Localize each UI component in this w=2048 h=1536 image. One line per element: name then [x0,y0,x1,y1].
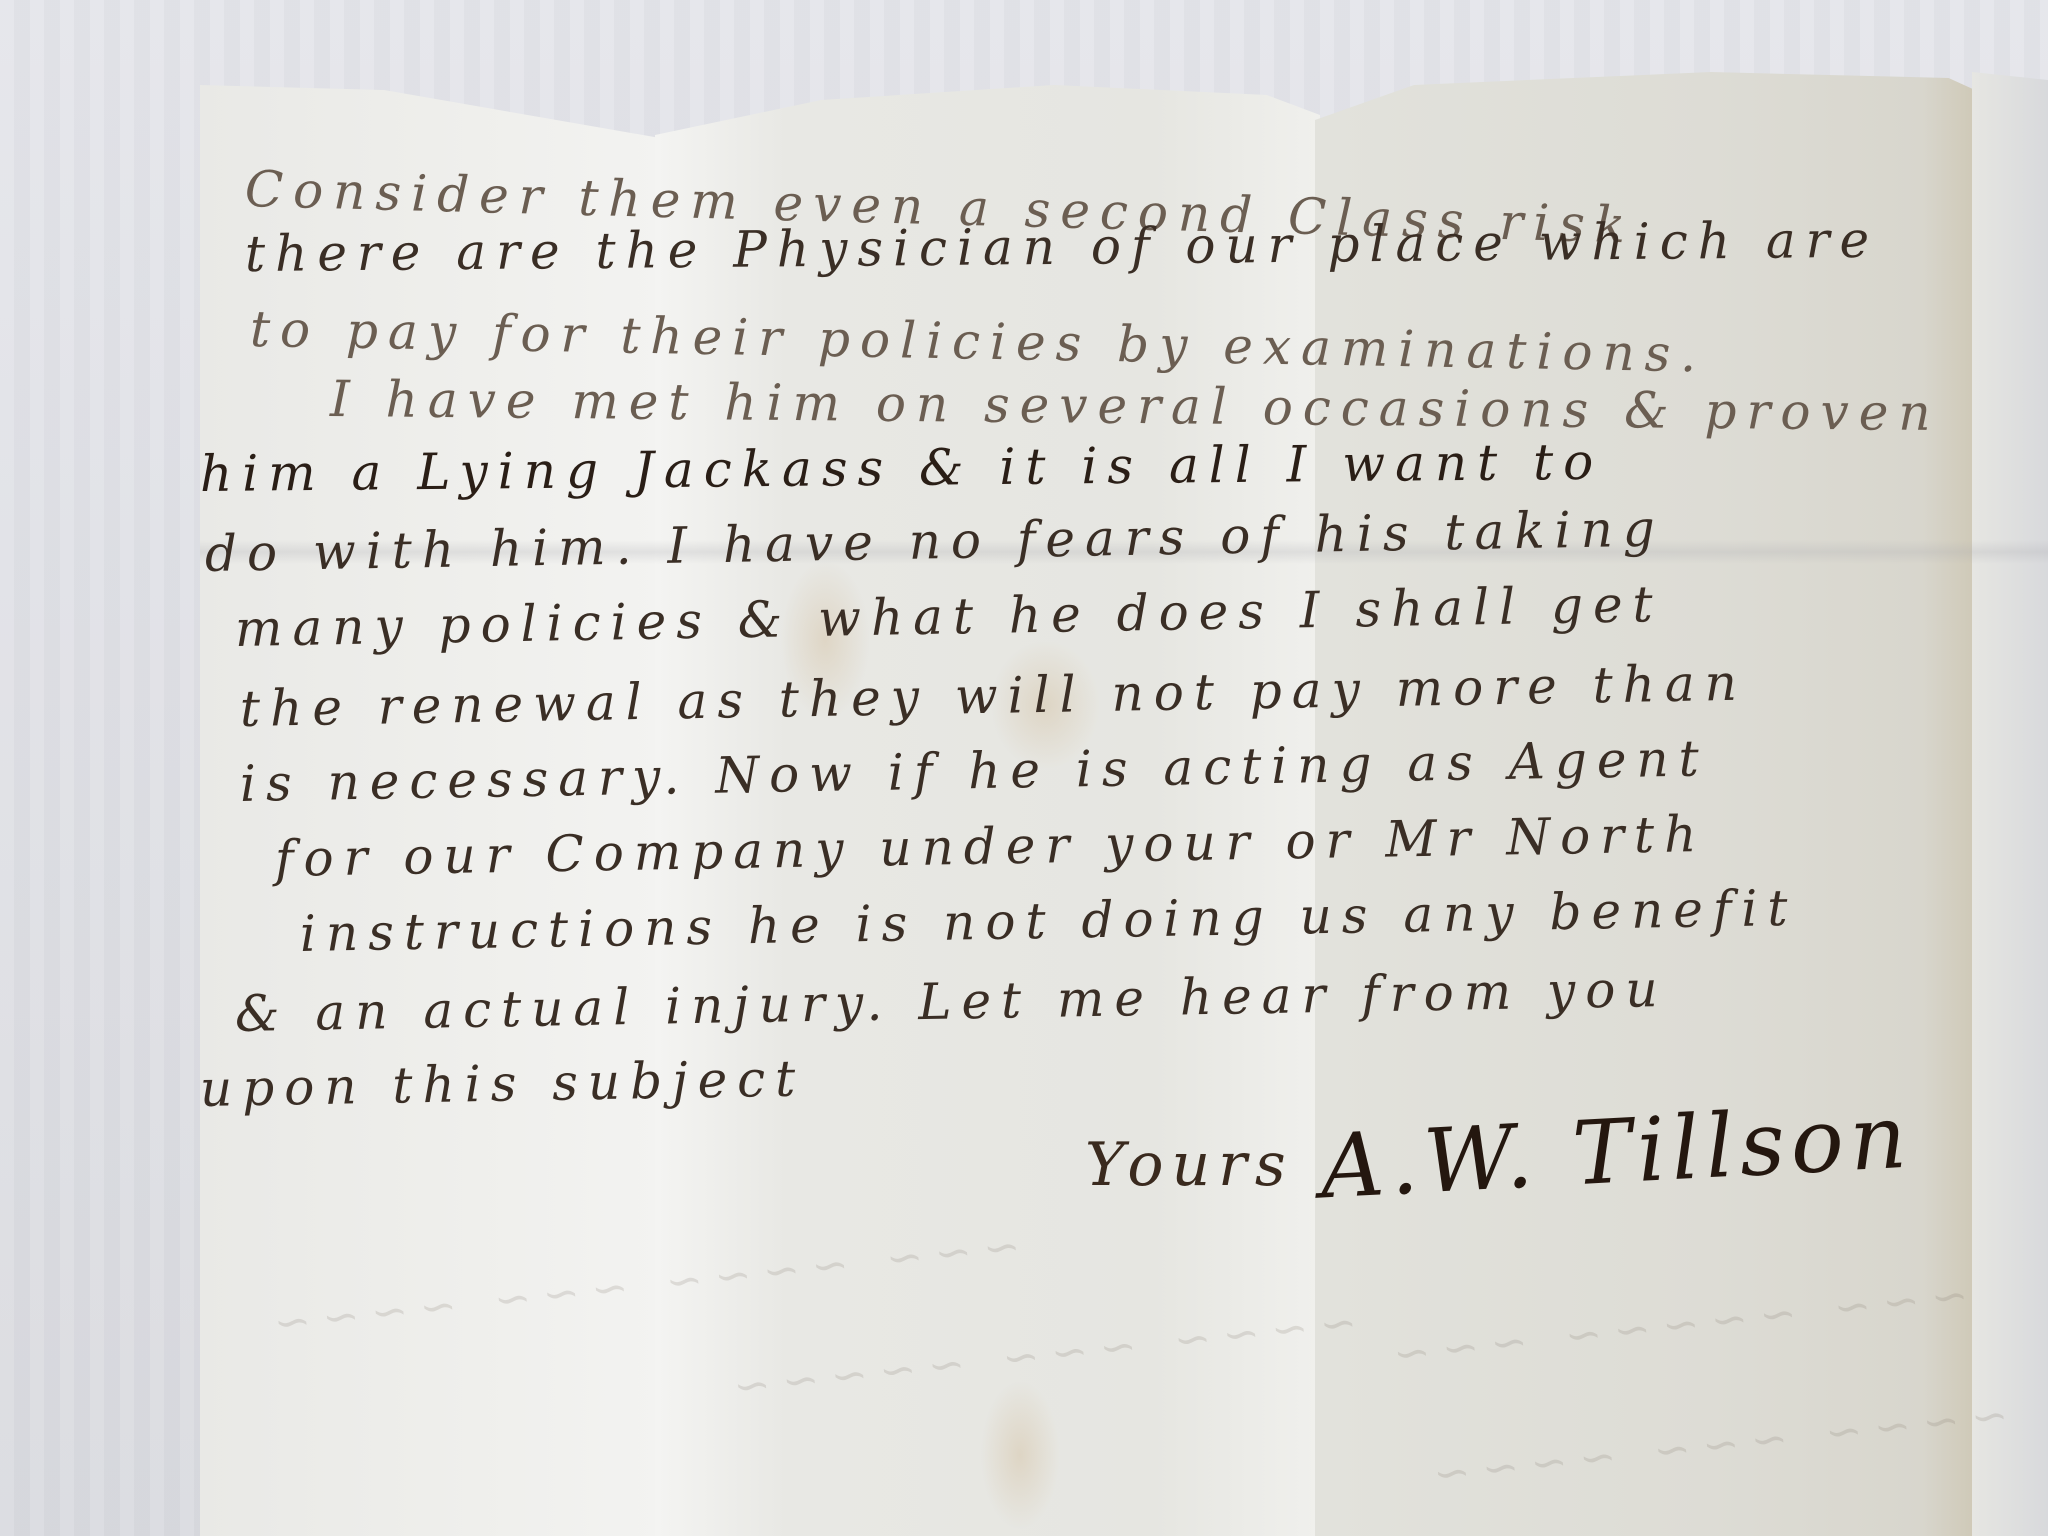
letter-photograph: ~~~ ~~~~ ~~~ ~~~~ ~~~~ ~~~ ~~~~~ ~~~ ~~~… [0,0,2048,1536]
paper-stain [980,1380,1060,1530]
letter-line: him a Lying Jackass & it is all I want t… [200,433,1604,503]
letter-line: upon this subject [199,1049,805,1118]
letter-valediction: Yours [1085,1130,1294,1200]
letter-panel-edge [1972,0,2048,1536]
